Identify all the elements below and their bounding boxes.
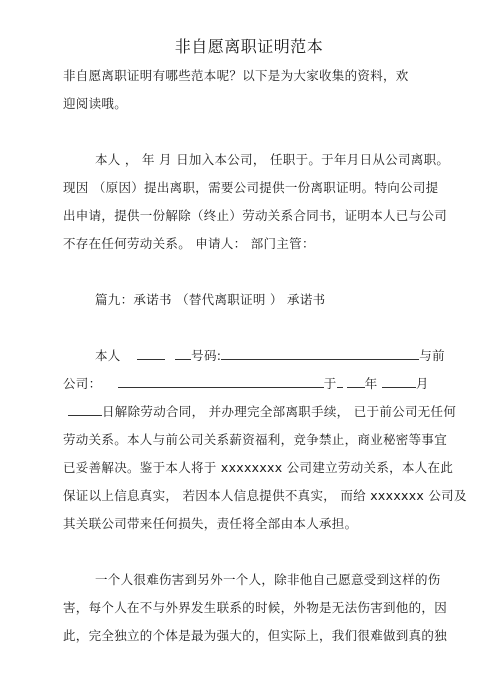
name-blank-2[interactable]	[175, 348, 191, 360]
paragraph1-line-3: 出申请，提供一份解除（终止）劳动关系合同书，证明本人已与公司	[63, 206, 447, 224]
pledge-self-label: 本人	[95, 348, 121, 363]
paragraph1-line-1: 本人 ， 年 月 日加入本公司， 任职于。于年月日从公司离职。	[95, 150, 449, 168]
paragraph3-line-3: 此，完全独立的个体是最为强大的，但实际上，我们很难做到真的独	[63, 626, 447, 644]
pledge-line-6: 保证以上信息真实， 若因本人信息提供不真实， 而给 xxxxxxx 公司及	[63, 486, 467, 504]
pledge-line-2: 公司： 于 年 月	[63, 374, 429, 392]
day-blank[interactable]	[68, 404, 102, 416]
paragraph1-line-2: 现因 （原因）提出离职，需要公司提供一份离职证明。特向公司提	[63, 178, 438, 196]
pledge-line-4: 劳动关系。本人与前公司关系薪资福利，竞争禁止，商业秘密等事宜	[63, 430, 447, 448]
former-company-blank[interactable]	[118, 376, 324, 388]
id-number-label: 号码:	[191, 348, 221, 363]
pledge-line3-text: 日解除劳动合同， 并办理完全部离职手续， 已于前公司无任何	[102, 404, 456, 419]
pledge-line-5: 已妥善解决。鉴于本人将于 xxxxxxxx 公司建立劳动关系，本人在此	[63, 458, 453, 476]
name-blank[interactable]	[137, 348, 165, 360]
year-blank-a[interactable]	[337, 376, 343, 388]
month-label: 月	[416, 376, 429, 391]
year-blank-b[interactable]	[347, 376, 365, 388]
document-title: 非自愿离职证明范本	[0, 34, 498, 57]
id-number-blank[interactable]	[221, 348, 419, 360]
section-heading: 篇九：承诺书 （替代离职证明 ） 承诺书	[95, 290, 325, 308]
month-blank[interactable]	[382, 376, 416, 388]
pledge-line1-end: 与前	[419, 348, 445, 363]
pledge-line-7: 其关联公司带来任何损失，责任将全部由本人承担。	[63, 514, 357, 532]
paragraph3-line-2: 害，每个人在不与外界发生联系的时候，外物是无法伤害到他的，因	[63, 598, 447, 616]
paragraph3-line-1: 一个人很难伤害到另外一个人，除非他自己愿意受到这样的伤	[95, 570, 441, 588]
date-prefix: 于	[324, 376, 337, 391]
paragraph1-line-4: 不存在任何劳动关系。 申请人： 部门主管：	[63, 234, 315, 252]
year-label: 年	[365, 376, 378, 391]
document-page: 非自愿离职证明范本 非自愿离职证明有哪些范本呢？以下是为大家收集的资料，欢 迎阅…	[0, 0, 498, 684]
former-company-label: 公司：	[63, 376, 101, 391]
pledge-line-3: 日解除劳动合同， 并办理完全部离职手续， 已于前公司无任何	[63, 402, 456, 420]
intro-line-1: 非自愿离职证明有哪些范本呢？以下是为大家收集的资料，欢	[63, 66, 409, 84]
pledge-line-1: 本人 号码:与前	[95, 346, 445, 364]
intro-line-2: 迎阅读哦。	[63, 94, 127, 112]
